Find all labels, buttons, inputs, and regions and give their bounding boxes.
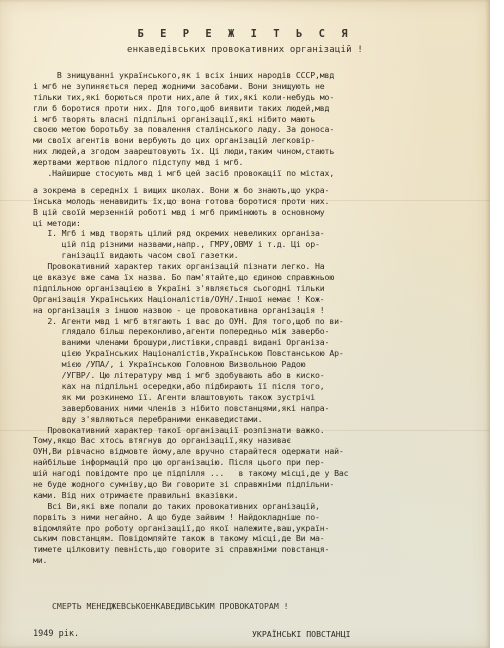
text-line: глядало більш переконливо,агенти поперед… bbox=[33, 326, 438, 337]
text-line: мією /УПА/, і Українською Головною Визво… bbox=[33, 359, 438, 370]
text-line: шій нагоді повідомте про це підпілля ...… bbox=[33, 468, 438, 479]
text-line: Тому,якщо Вас хтось втягнув до організац… bbox=[33, 435, 438, 446]
text-line: ці методи: bbox=[33, 218, 438, 229]
paragraph-intro: В знищуванні українського,як і всіх інши… bbox=[33, 70, 438, 179]
text-line: тільки тих,які борються проти них,але й … bbox=[33, 92, 438, 103]
list-item-1: I. Мгб і мвд творять цілий ряд окремих н… bbox=[33, 228, 438, 239]
text-line: цій під різними назвами,напр., ГМРУ,ОВМУ… bbox=[33, 239, 438, 250]
document-body: В знищуванні українського,як і всіх інши… bbox=[33, 70, 438, 566]
text-line: ганізації видають часом свої газетки. bbox=[33, 250, 438, 261]
text-line: ками. Від них отримаєте правильні вказів… bbox=[33, 490, 438, 501]
text-line: цією Українських Націоналістів,Українськ… bbox=[33, 348, 438, 359]
text-line: Всі Ви,які вже попали до таких провокати… bbox=[33, 501, 438, 512]
text-line: ваними членами брошури,листівки,справді … bbox=[33, 337, 438, 348]
document-signature: УКРАЇНСЬКІ ПОВСТАНЦІ bbox=[252, 629, 351, 639]
text-line: і мгб не зупиняється перед жодними засоб… bbox=[33, 81, 438, 92]
text-line: як ми розкинемо її. Агенти влаштовують т… bbox=[33, 392, 438, 403]
text-line: на організація з іншою назвою - це прово… bbox=[33, 305, 438, 316]
text-line: В цій своїй мерзенній роботі мвд і мгб п… bbox=[33, 207, 438, 218]
text-line: гли б боротися проти них. Для того,щоб в… bbox=[33, 103, 438, 114]
text-line: порвіть з ними негайно. А що буде зайвим… bbox=[33, 512, 438, 523]
text-line: підпільною організацією в Україні з'явля… bbox=[33, 283, 438, 294]
text-line: ОУН,Ви рівчасно відмовте йому,але вручно… bbox=[33, 446, 438, 457]
text-line: ським повстанцям. Повідомляйте також в т… bbox=[33, 533, 438, 544]
document-subtitle: енкаведівських провокативних організацій… bbox=[0, 45, 490, 55]
paragraph-methods: а зокрема в середніх і вищих школах. Вон… bbox=[33, 185, 438, 566]
list-item-2: 2. Агенти мвд і мгб втягають і вас до ОУ… bbox=[33, 316, 438, 327]
closing-slogan: СМЕРТЬ МЕНЕДЖЕВСЬКОЕНКАВЕДИВСЬКИМ ПРОВОК… bbox=[52, 601, 289, 611]
text-line: своєю метою боротьбу за повалення сталін… bbox=[33, 124, 438, 135]
document-year: 1949 рік. bbox=[33, 629, 79, 639]
text-line: і мгб творять власні підпільні організац… bbox=[33, 114, 438, 125]
text-line: В знищуванні українського,як і всіх інши… bbox=[33, 70, 438, 81]
document-title: Б Е Р Е Ж І Т Ь С Я bbox=[0, 28, 490, 40]
text-line: жертвами жертвою підлого підступу мвд і … bbox=[33, 157, 438, 168]
text-line: завербованих ними членів з нібито повста… bbox=[33, 403, 438, 414]
text-line: це вказує вже сама їх назва. Бо пам'ятай… bbox=[33, 272, 438, 283]
text-line: Організація Українських Націоналістів/ОУ… bbox=[33, 294, 438, 305]
text-line: відомляйте про роботу організації,до яко… bbox=[33, 523, 438, 534]
text-line: ми. bbox=[33, 555, 438, 566]
text-line: вду з'являються перебраними енкаведистам… bbox=[33, 414, 438, 425]
text-line: них людей,а згодом заарештовують їх. Ці … bbox=[33, 146, 438, 157]
text-line: /УГВР/. Цю літературу мвд і мгб здобуваю… bbox=[33, 370, 438, 381]
text-line: їнська молодь ненавидить їх,що вона гото… bbox=[33, 196, 438, 207]
text-line: найбільше інформацій про цю організацію.… bbox=[33, 457, 438, 468]
text-line: .Найширше стосують мвд і мгб цей засіб п… bbox=[33, 168, 438, 179]
text-line: ках на підпільні осередки,або підбирають… bbox=[33, 381, 438, 392]
text-line: ми своїх агентів вони вербують до цих ор… bbox=[33, 135, 438, 146]
text-line: Провокативний характер таких організацій… bbox=[33, 261, 438, 272]
text-line: тимете цілковиту певність,що говорите зі… bbox=[33, 544, 438, 555]
document-page: Б Е Р Е Ж І Т Ь С Я енкаведівських прово… bbox=[0, 0, 490, 648]
text-line: а зокрема в середніх і вищих школах. Вон… bbox=[33, 185, 438, 196]
text-line: Провокативний характер такої організації… bbox=[33, 425, 438, 436]
text-line: не буде жодного сумніву,що Ви говорите з… bbox=[33, 479, 438, 490]
